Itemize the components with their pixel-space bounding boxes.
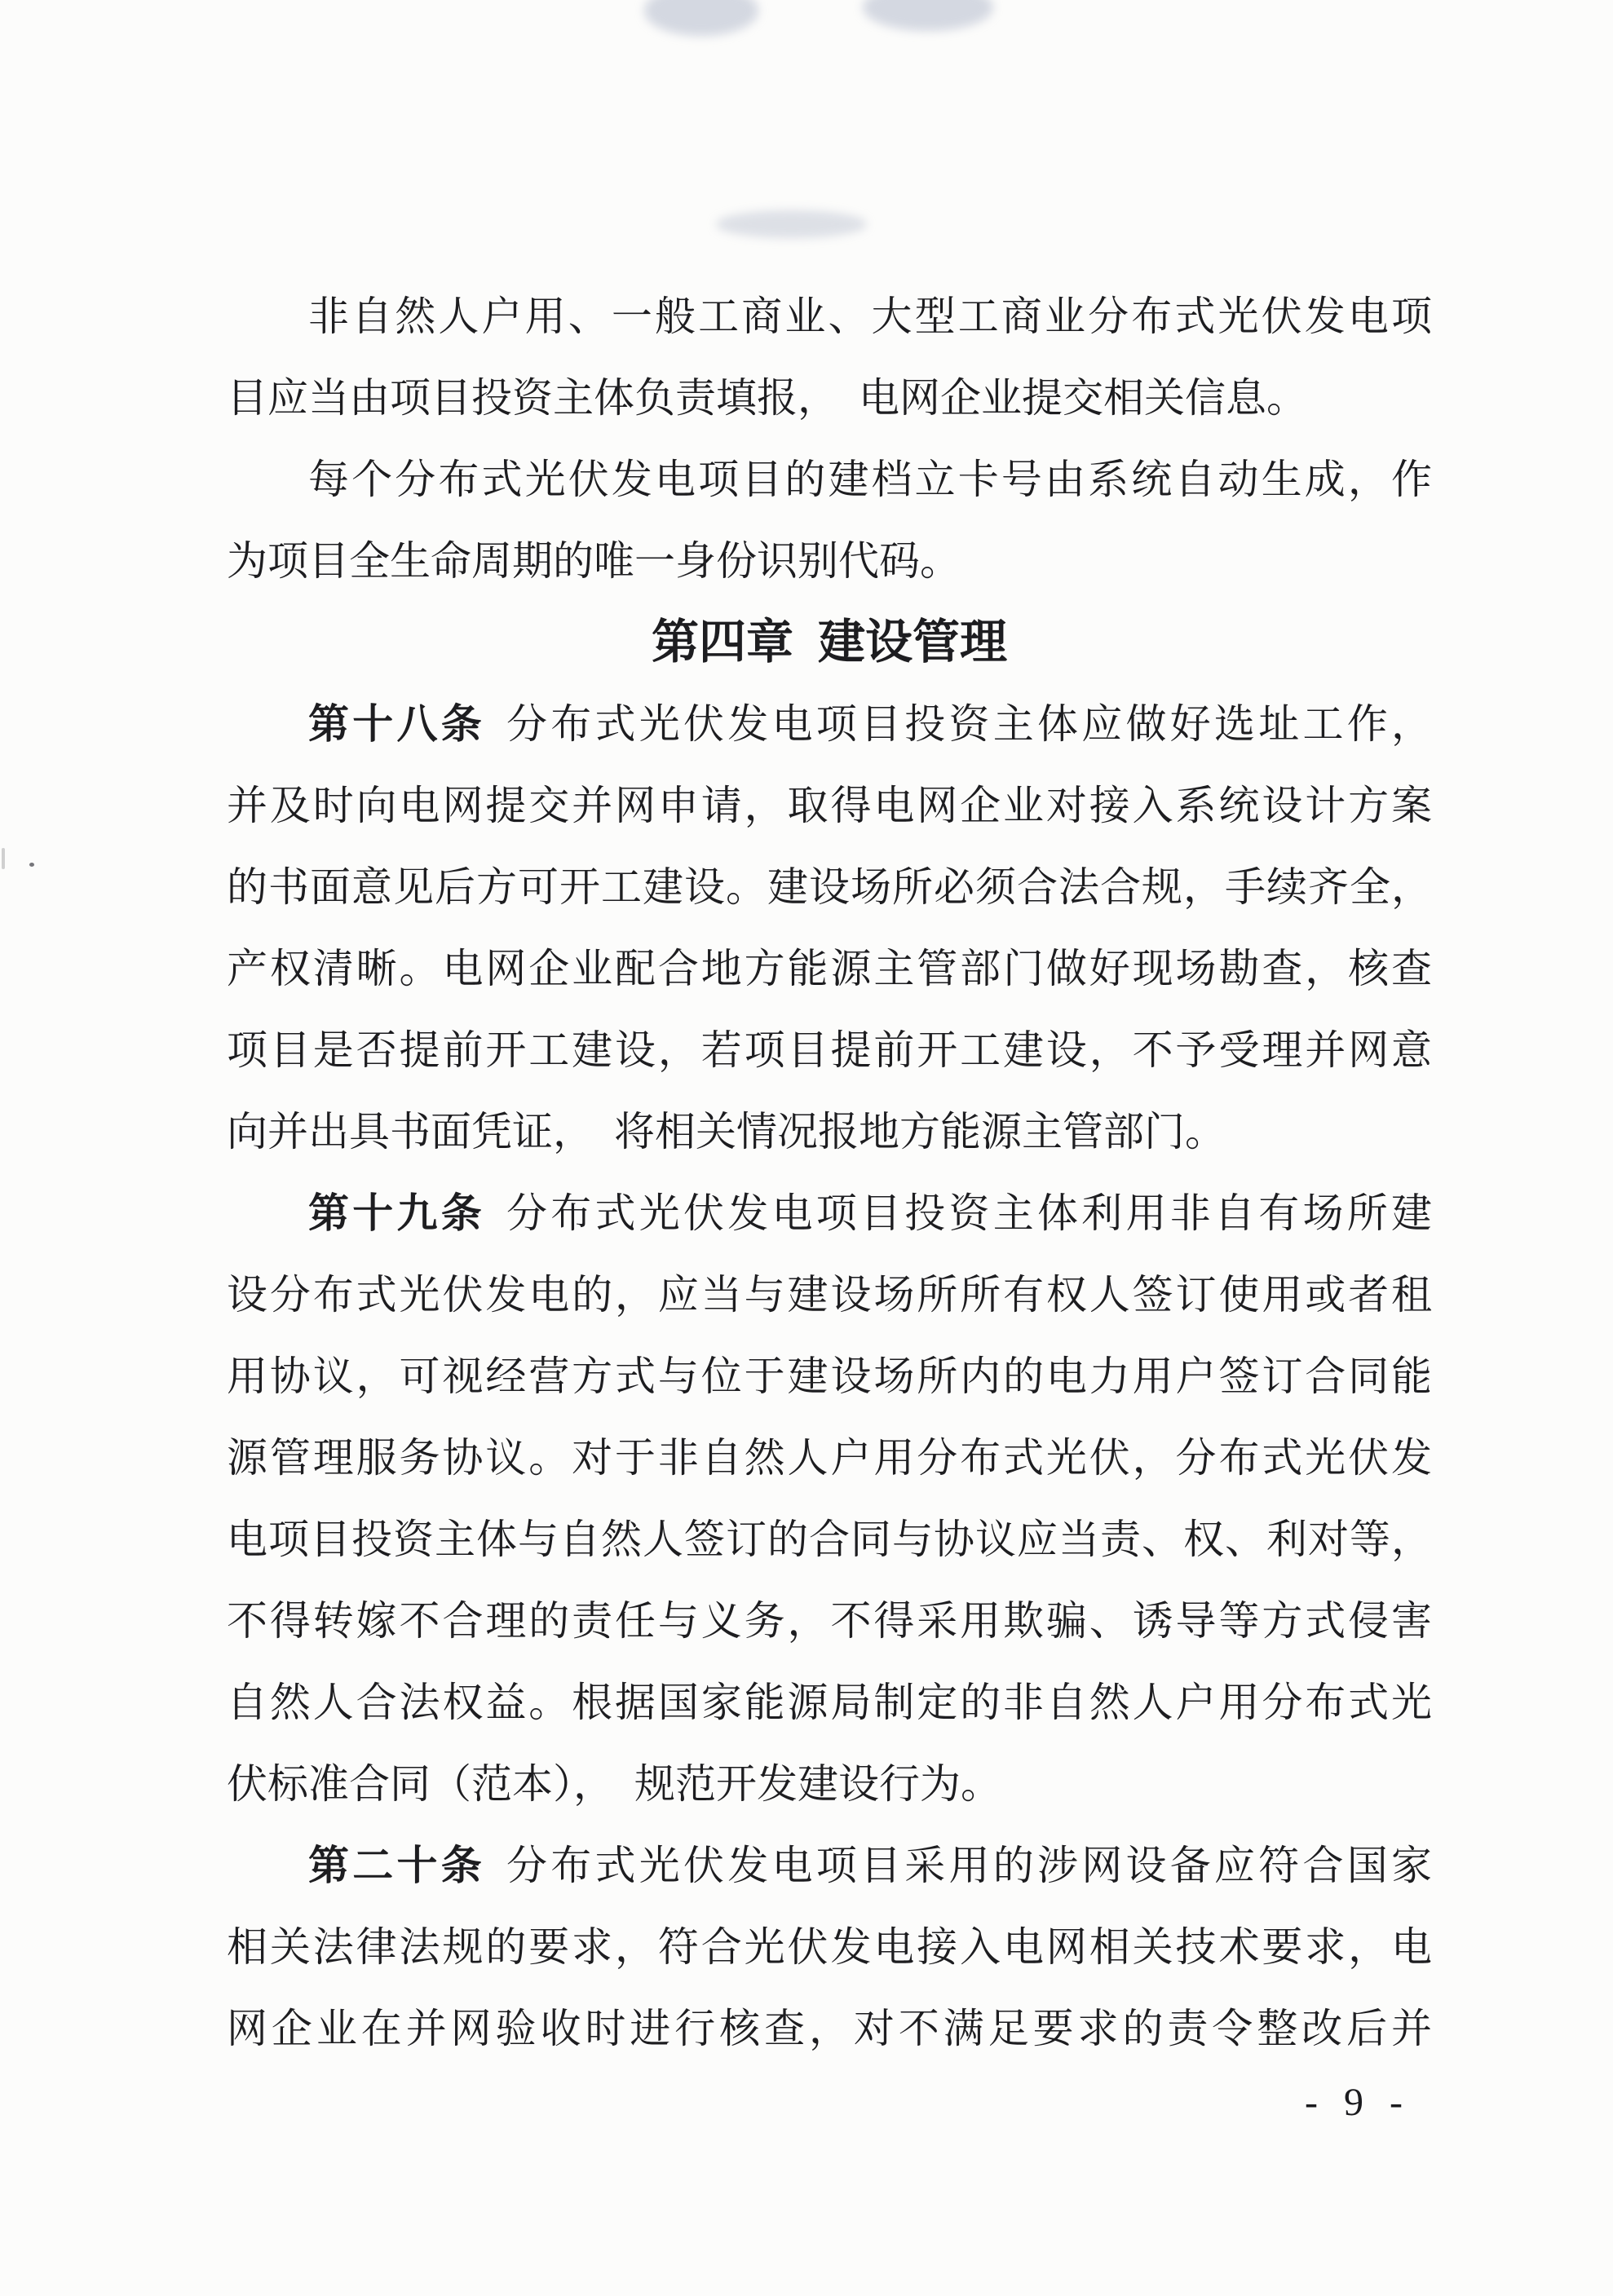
article-number: 第二十条 [308, 1843, 485, 1888]
article-line: 第二十条分布式光伏发电项目采用的涉网设备应符合国家 [227, 1825, 1432, 1906]
paragraph-line: 电项目投资主体与自然人签订的合同与协议应当责、权、利对等， [227, 1499, 1432, 1580]
paragraph-line: 网企业在并网验收时进行核查，对不满足要求的责令整改后并 [227, 1988, 1432, 2069]
line-text: 目应当由项目投资主体负责填报， 电网企业提交相关信息。 [227, 375, 1307, 421]
line-text: 分布式光伏发电项目采用的涉网设备应符合国家 [506, 1843, 1432, 1888]
chapter-number: 第四章 [652, 616, 793, 669]
article-line: 第十九条分布式光伏发电项目投资主体利用非自有场所建 [227, 1172, 1432, 1254]
paragraph-line: 为项目全生命周期的唯一身份识别代码。 [227, 520, 1432, 602]
paragraph-line: 产权清晰。电网企业配合地方能源主管部门做好现场勘查，核查 [227, 928, 1432, 1009]
line-text: 设分布式光伏发电的，应当与建设场所所有权人签订使用或者租 [227, 1272, 1432, 1318]
paragraph-line: 项目是否提前开工建设，若项目提前开工建设，不予受理并网意 [227, 1009, 1432, 1091]
paragraph-line: 伏标准合同（范本）， 规范开发建设行为。 [227, 1743, 1432, 1825]
paragraph-line: 目应当由项目投资主体负责填报， 电网企业提交相关信息。 [227, 357, 1432, 439]
paragraph-line: 用协议，可视经营方式与位于建设场所内的电力用户签订合同能 [227, 1336, 1432, 1417]
paragraph-line: 设分布式光伏发电的，应当与建设场所所有权人签订使用或者租 [227, 1254, 1432, 1336]
paragraph-line: 相关法律法规的要求，符合光伏发电接入电网相关技术要求，电 [227, 1906, 1432, 1988]
scan-speck [2, 848, 5, 869]
article-line: 第十八条分布式光伏发电项目投资主体应做好选址工作， [227, 683, 1432, 765]
paragraph-line: 不得转嫁不合理的责任与义务，不得采用欺骗、诱导等方式侵害 [227, 1580, 1432, 1662]
line-text: 网企业在并网验收时进行核查，对不满足要求的责令整改后并 [227, 2006, 1432, 2051]
line-text: 不得转嫁不合理的责任与义务，不得采用欺骗、诱导等方式侵害 [227, 1598, 1432, 1644]
paragraph-line: 并及时向电网提交并网申请，取得电网企业对接入系统设计方案 [227, 765, 1432, 846]
page-number: - 9 - [1305, 2074, 1468, 2131]
line-text: 自然人合法权益。根据国家能源局制定的非自然人户用分布式光 [227, 1680, 1432, 1725]
paragraph-line: 自然人合法权益。根据国家能源局制定的非自然人户用分布式光 [227, 1662, 1432, 1743]
line-text: 相关法律法规的要求，符合光伏发电接入电网相关技术要求，电 [227, 1924, 1432, 1970]
line-text: 电项目投资主体与自然人签订的合同与协议应当责、权、利对等， [227, 1517, 1432, 1562]
line-text: 向并出具书面凭证， 将相关情况报地方能源主管部门。 [227, 1109, 1226, 1155]
scan-speck [29, 863, 34, 867]
article-number: 第十九条 [308, 1190, 485, 1236]
line-text: 的书面意见后方可开工建设。建设场所必须合法合规，手续齐全， [227, 864, 1432, 910]
paragraph-line: 向并出具书面凭证， 将相关情况报地方能源主管部门。 [227, 1091, 1432, 1172]
line-text: 并及时向电网提交并网申请，取得电网企业对接入系统设计方案 [227, 783, 1432, 828]
line-text: 每个分布式光伏发电项目的建档立卡号由系统自动生成，作 [308, 457, 1432, 502]
line-text: 用协议，可视经营方式与位于建设场所内的电力用户签订合同能 [227, 1353, 1432, 1399]
scanned-document-page: 非自然人户用、一般工商业、大型工商业分布式光伏发电项 目应当由项目投资主体负责填… [0, 0, 1613, 2296]
paragraph-line: 源管理服务协议。对于非自然人户用分布式光伏，分布式光伏发 [227, 1417, 1432, 1499]
line-text: 分布式光伏发电项目投资主体利用非自有场所建 [506, 1190, 1432, 1236]
scan-smudge [644, 0, 758, 36]
paragraph-line: 非自然人户用、一般工商业、大型工商业分布式光伏发电项 [227, 276, 1432, 357]
paragraph-line: 的书面意见后方可开工建设。建设场所必须合法合规，手续齐全， [227, 846, 1432, 928]
paragraph-line: 每个分布式光伏发电项目的建档立卡号由系统自动生成，作 [227, 439, 1432, 520]
chapter-title: 建设管理 [818, 616, 1007, 669]
line-text: 非自然人户用、一般工商业、大型工商业分布式光伏发电项 [308, 294, 1432, 339]
line-text: 项目是否提前开工建设，若项目提前开工建设，不予受理并网意 [227, 1027, 1432, 1073]
scan-smudge [863, 0, 993, 31]
line-text: 伏标准合同（范本）， 规范开发建设行为。 [227, 1761, 1001, 1807]
line-text: 为项目全生命周期的唯一身份识别代码。 [227, 538, 961, 584]
chapter-heading: 第四章建设管理 [227, 602, 1432, 683]
line-text: 产权清晰。电网企业配合地方能源主管部门做好现场勘查，核查 [227, 946, 1432, 991]
scan-smudge [716, 210, 867, 238]
line-text: 分布式光伏发电项目投资主体应做好选址工作， [506, 701, 1432, 747]
document-body: 非自然人户用、一般工商业、大型工商业分布式光伏发电项 目应当由项目投资主体负责填… [227, 276, 1432, 2069]
article-number: 第十八条 [308, 701, 485, 747]
line-text: 源管理服务协议。对于非自然人户用分布式光伏，分布式光伏发 [227, 1435, 1432, 1481]
